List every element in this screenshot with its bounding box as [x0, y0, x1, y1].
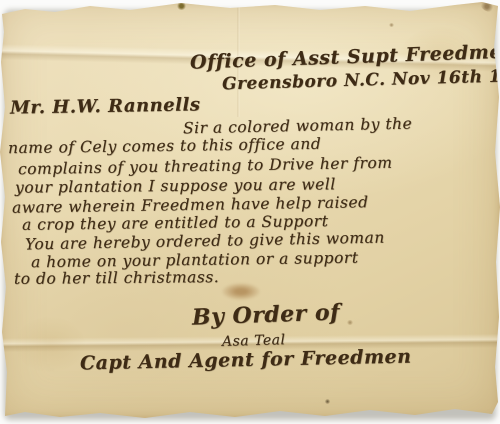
handwritten-body-line: to do her till christmass.	[14, 268, 219, 288]
handwritten-body-line: Sir a colored woman by the	[183, 115, 413, 138]
closing-by-order-line: By Order of	[192, 299, 341, 330]
paper-discoloration	[15, 317, 85, 372]
paper-speck	[325, 399, 330, 404]
paper-sheet: Office of Asst Supt Freedmen Greensboro …	[0, 2, 500, 418]
corner-stain	[479, 0, 496, 14]
handwritten-body-line: complains of you threating to Drive her …	[18, 154, 393, 179]
signature-asa-teal: Asa Teal	[222, 332, 286, 350]
closing-title-line: Capt And Agent for Freedmen	[80, 346, 412, 375]
ink-stain	[177, 2, 186, 10]
handwritten-body-line: name of Cely comes to this office and	[8, 135, 321, 157]
paper-stain	[222, 283, 260, 300]
salutation-line: Mr. H.W. Rannells	[10, 94, 201, 118]
paper-speck	[347, 320, 353, 325]
paper-speck	[389, 23, 394, 27]
scanned-letter-image: Office of Asst Supt Freedmen Greensboro …	[0, 0, 500, 424]
